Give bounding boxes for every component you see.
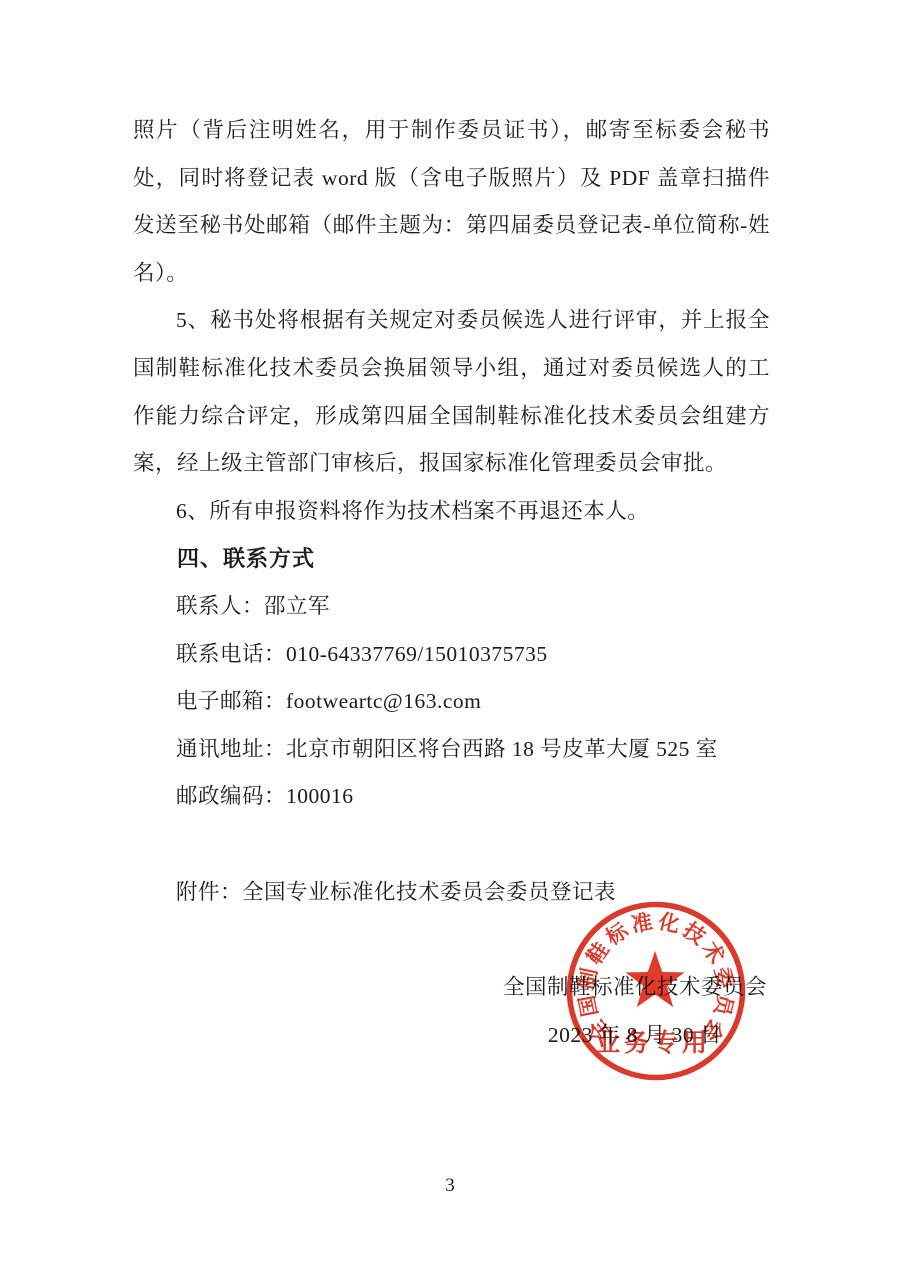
signature-organization: 全国制鞋标准化技术委员会 — [503, 964, 767, 1012]
contact-person-line: 联系人：邵立军 — [133, 583, 770, 631]
signature-date: 2023 年 8 月 30 日 — [503, 1012, 767, 1060]
paragraph-mailing-instructions: 照片（背后注明姓名，用于制作委员证书），邮寄至标委会秘书处，同时将登记表 wor… — [133, 107, 770, 297]
page-number: 3 — [0, 1172, 900, 1200]
paragraph-item-5: 5、秘书处将根据有关规定对委员候选人进行评审，并上报全国制鞋标准化技术委员会换届… — [133, 297, 770, 487]
section-heading-contact: 四、联系方式 — [133, 535, 770, 583]
document-body: 照片（背后注明姓名，用于制作委员证书），邮寄至标委会秘书处，同时将登记表 wor… — [133, 107, 770, 916]
paragraph-item-6: 6、所有申报资料将作为技术档案不再退还本人。 — [133, 488, 770, 536]
contact-email-line: 电子邮箱：footweartc@163.com — [133, 678, 770, 726]
attachment-line: 附件：全国专业标准化技术委员会委员登记表 — [133, 869, 770, 917]
contact-address-line: 通讯地址：北京市朝阳区将台西路 18 号皮革大厦 525 室 — [133, 726, 770, 774]
signature-block: 全国制鞋标准化技术委员会 2023 年 8 月 30 日 — [503, 964, 767, 1059]
document-page: 照片（背后注明姓名，用于制作委员证书），邮寄至标委会秘书处，同时将登记表 wor… — [0, 0, 900, 1273]
contact-phone-line: 联系电话：010-64337769/15010375735 — [133, 631, 770, 679]
contact-postcode-line: 邮政编码：100016 — [133, 773, 770, 821]
